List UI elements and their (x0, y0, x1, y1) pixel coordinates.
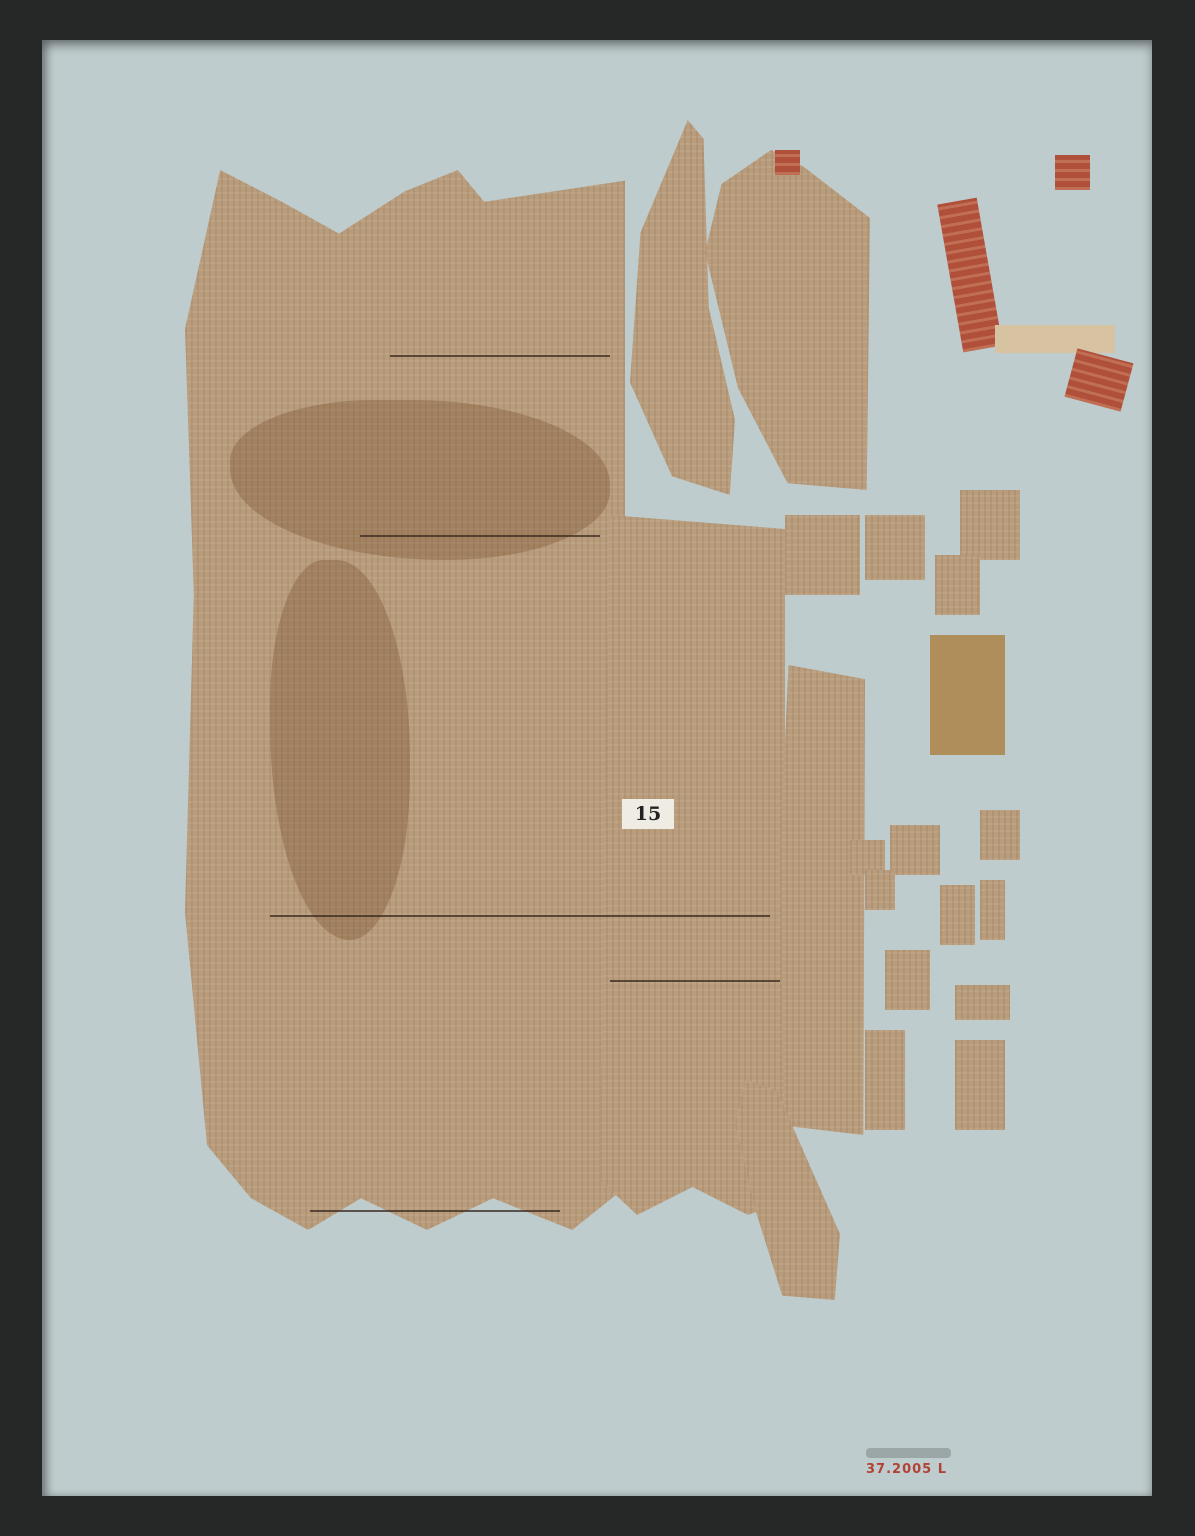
small-fragment (885, 950, 930, 1010)
small-fragment (890, 825, 940, 875)
small-fragment (865, 870, 895, 910)
ink-line (610, 980, 780, 982)
red-painted-fragment (1055, 155, 1090, 190)
right-papyrus-column (780, 665, 865, 1135)
ink-line (310, 1210, 560, 1212)
ink-line (360, 535, 600, 537)
painted-fragment (930, 635, 1005, 755)
small-fragment (980, 810, 1020, 860)
small-fragment (980, 880, 1005, 940)
small-fragment (955, 985, 1010, 1020)
small-fragment (940, 885, 975, 945)
label-smudge (866, 1448, 951, 1458)
fragment-number-label: 15 (622, 799, 674, 829)
small-fragment (960, 490, 1020, 560)
red-painted-fragment (995, 325, 1115, 353)
small-fragment (935, 555, 980, 615)
red-painted-fragment (775, 150, 800, 175)
inventory-number: 37.2005 L (866, 1462, 947, 1477)
small-fragment (955, 1040, 1005, 1130)
small-fragment (865, 515, 925, 580)
small-fragment (785, 515, 860, 595)
picture-frame: 15 37.2005 L (0, 0, 1195, 1536)
ink-line (390, 355, 610, 357)
ink-line (270, 915, 770, 917)
small-fragment (865, 1030, 905, 1130)
